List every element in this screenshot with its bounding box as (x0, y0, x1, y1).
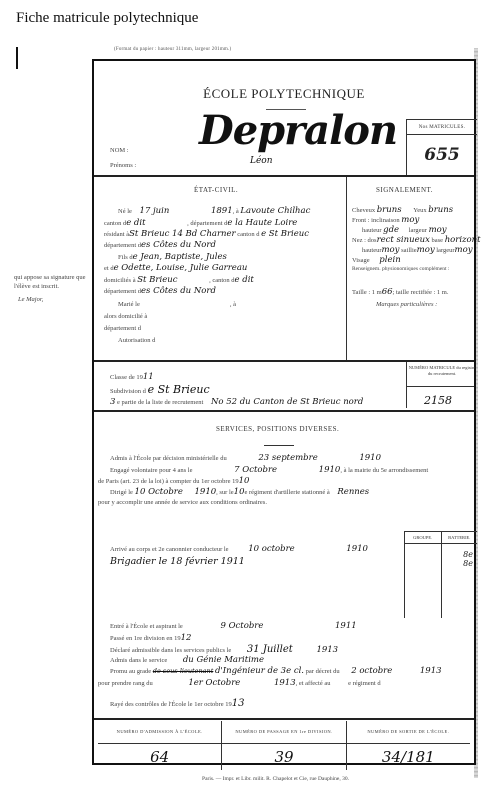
service-conditions-row: pour y accomplir une année de service au… (98, 499, 267, 506)
father-row: Fils de Jean, Baptiste, Jules (118, 252, 227, 262)
groupe-column (405, 544, 442, 618)
numbers-table: NUMÉRO D'ADMISSION À L'ÉCOLE. NUMÉRO DE … (98, 721, 470, 769)
divider (346, 177, 347, 360)
batterie-header: BATTERIE. (442, 532, 478, 543)
margin-note-signature: Le Major, (14, 295, 89, 304)
prenoms-label: Prénoms : (110, 162, 136, 169)
matricule-card: ÉCOLE POLYTECHNIQUE NOM : Depralon Préno… (92, 59, 476, 765)
canton-row: canton de dit , département de la Haute … (104, 218, 297, 228)
rang-row: pour prendre rang du 1er Octobre 1913, e… (98, 678, 381, 688)
promotion-row: Promu au grade de sous-lieutenant d'Ingé… (110, 666, 442, 676)
divider (406, 386, 474, 387)
nom-value: Depralon (199, 107, 397, 154)
registre-header: NUMÉRO MATRICULE du registre du recrutem… (408, 365, 476, 377)
hair-eyes-row: Cheveux bruns Yeux bruns (352, 205, 453, 215)
married-domicile-row: alors domicilié à (104, 313, 147, 320)
front-row: Front : inclinaison moy (352, 215, 419, 225)
dirige-row: Dirigé le 10 Octobre 1910, sur le10e rég… (110, 487, 369, 497)
height-row: Taille : 1 m66; taille rectifiée : 1 m. (352, 287, 448, 297)
matricule-value: 655 (407, 135, 477, 165)
residence-row: résidant àSt Brieuc 14 Bd Charner canton… (104, 229, 309, 239)
groupe-batterie-table: GROUPE. BATTERIE. 8e 8e (404, 531, 477, 618)
entree-row: Entré à l'École et aspirant le 9 Octobre… (110, 621, 357, 631)
divider (94, 718, 474, 720)
liste-recrutement-row: 3 e partie de la liste de recrutement No… (110, 397, 363, 407)
admission-number-value: 64 (98, 744, 221, 770)
birth-row: Né le 17 juin 1891, à Lavoute Chilhac (118, 206, 310, 216)
services-title: SERVICES, POSITIONS DIVERSES. (216, 425, 339, 433)
admission-row: Admis à l'École par décision ministériel… (110, 453, 381, 463)
declare-row: Déclaré admissible dans les services pub… (110, 644, 338, 655)
nose-row: Nez : dosrect sinueux base horizont (352, 235, 481, 245)
married-departement-row: département d (104, 325, 141, 332)
authorisation-row: Autorisation d (118, 337, 155, 344)
sortie-number-value: 34/181 (346, 744, 470, 770)
passage-number-value: 39 (221, 744, 345, 770)
subdivision-row: Subdivision d e St Brieuc (110, 383, 210, 396)
left-edge-mark (16, 47, 18, 69)
departement-row: département des Côtes du Nord (104, 240, 216, 250)
arrive-row: Arrivé au corps et 2e canonnier conducte… (110, 544, 368, 554)
marques-label: Marques particulières : (376, 301, 437, 308)
etat-civil-title: ÉTAT-CIVIL. (194, 186, 238, 194)
matricule-label: Nos MATRICULES. (407, 120, 477, 135)
sortie-number-header: NUMÉRO DE SORTIE DE L'ÉCOLE. (346, 721, 470, 743)
mother-row: et de Odette, Louise, Julie Garreau (104, 263, 247, 273)
renseignements-row: Renseignem. physionomiques complément : (352, 266, 449, 272)
registre-value: 2158 (424, 394, 452, 407)
margin-note: qui appose sa signature que l'élève est … (14, 273, 89, 304)
divider (406, 362, 407, 408)
divider (94, 360, 474, 362)
engagement-row: Engagé volontaire pour 4 ans le 7 Octobr… (110, 465, 428, 475)
nom-label: NOM : (110, 147, 129, 154)
front-dims-row: hauteur gde largeur moy (362, 225, 447, 235)
divider (264, 445, 294, 446)
printer-imprint: Paris. — Impr. et Libr. milit. R. Chapel… (0, 776, 501, 782)
parents-departement-row: département des Côtes du Nord (104, 286, 216, 296)
prenoms-value: Léon (250, 156, 273, 166)
parents-domicile-row: domiciliés à St Brieuc , canton de dit (104, 275, 254, 285)
classe-row: Classe de 1911 (110, 372, 154, 382)
batterie-column: 8e 8e (442, 544, 478, 618)
marriage-row: Marié le, à (118, 301, 236, 308)
groupe-header: GROUPE. (405, 532, 442, 543)
passe-row: Passé en 1re division en 1912 (110, 633, 191, 643)
brigadier-row: Brigadier le 18 février 1911 (110, 556, 245, 567)
raye-row: Rayé des contrôles de l'École le 1er oct… (110, 698, 244, 709)
face-row: Visage plein (352, 255, 401, 265)
divider (94, 175, 474, 177)
admission-number-header: NUMÉRO D'ADMISSION À L'ÉCOLE. (98, 721, 221, 743)
paris-row: de Paris (art. 23 de la loi) à compter d… (98, 476, 249, 486)
page-title: Fiche matricule polytechnique (16, 10, 198, 27)
school-title: ÉCOLE POLYTECHNIQUE (94, 86, 474, 102)
margin-note-text: qui appose sa signature que l'élève est … (14, 273, 89, 291)
matricule-box: Nos MATRICULES. 655 (406, 119, 477, 176)
divider (94, 410, 474, 412)
admis-service-row: Admis dans le service du Génie Maritime (110, 655, 264, 665)
nose-dims-row: hauteurmoy sailliemoy largeurmoy (362, 245, 473, 255)
passage-number-header: NUMÉRO DE PASSAGE EN 1re DIVISION. (221, 721, 345, 743)
signalement-title: SIGNALEMENT. (376, 186, 433, 194)
paper-format-note: (Format du papier : hauteur 311mm, large… (114, 47, 231, 52)
